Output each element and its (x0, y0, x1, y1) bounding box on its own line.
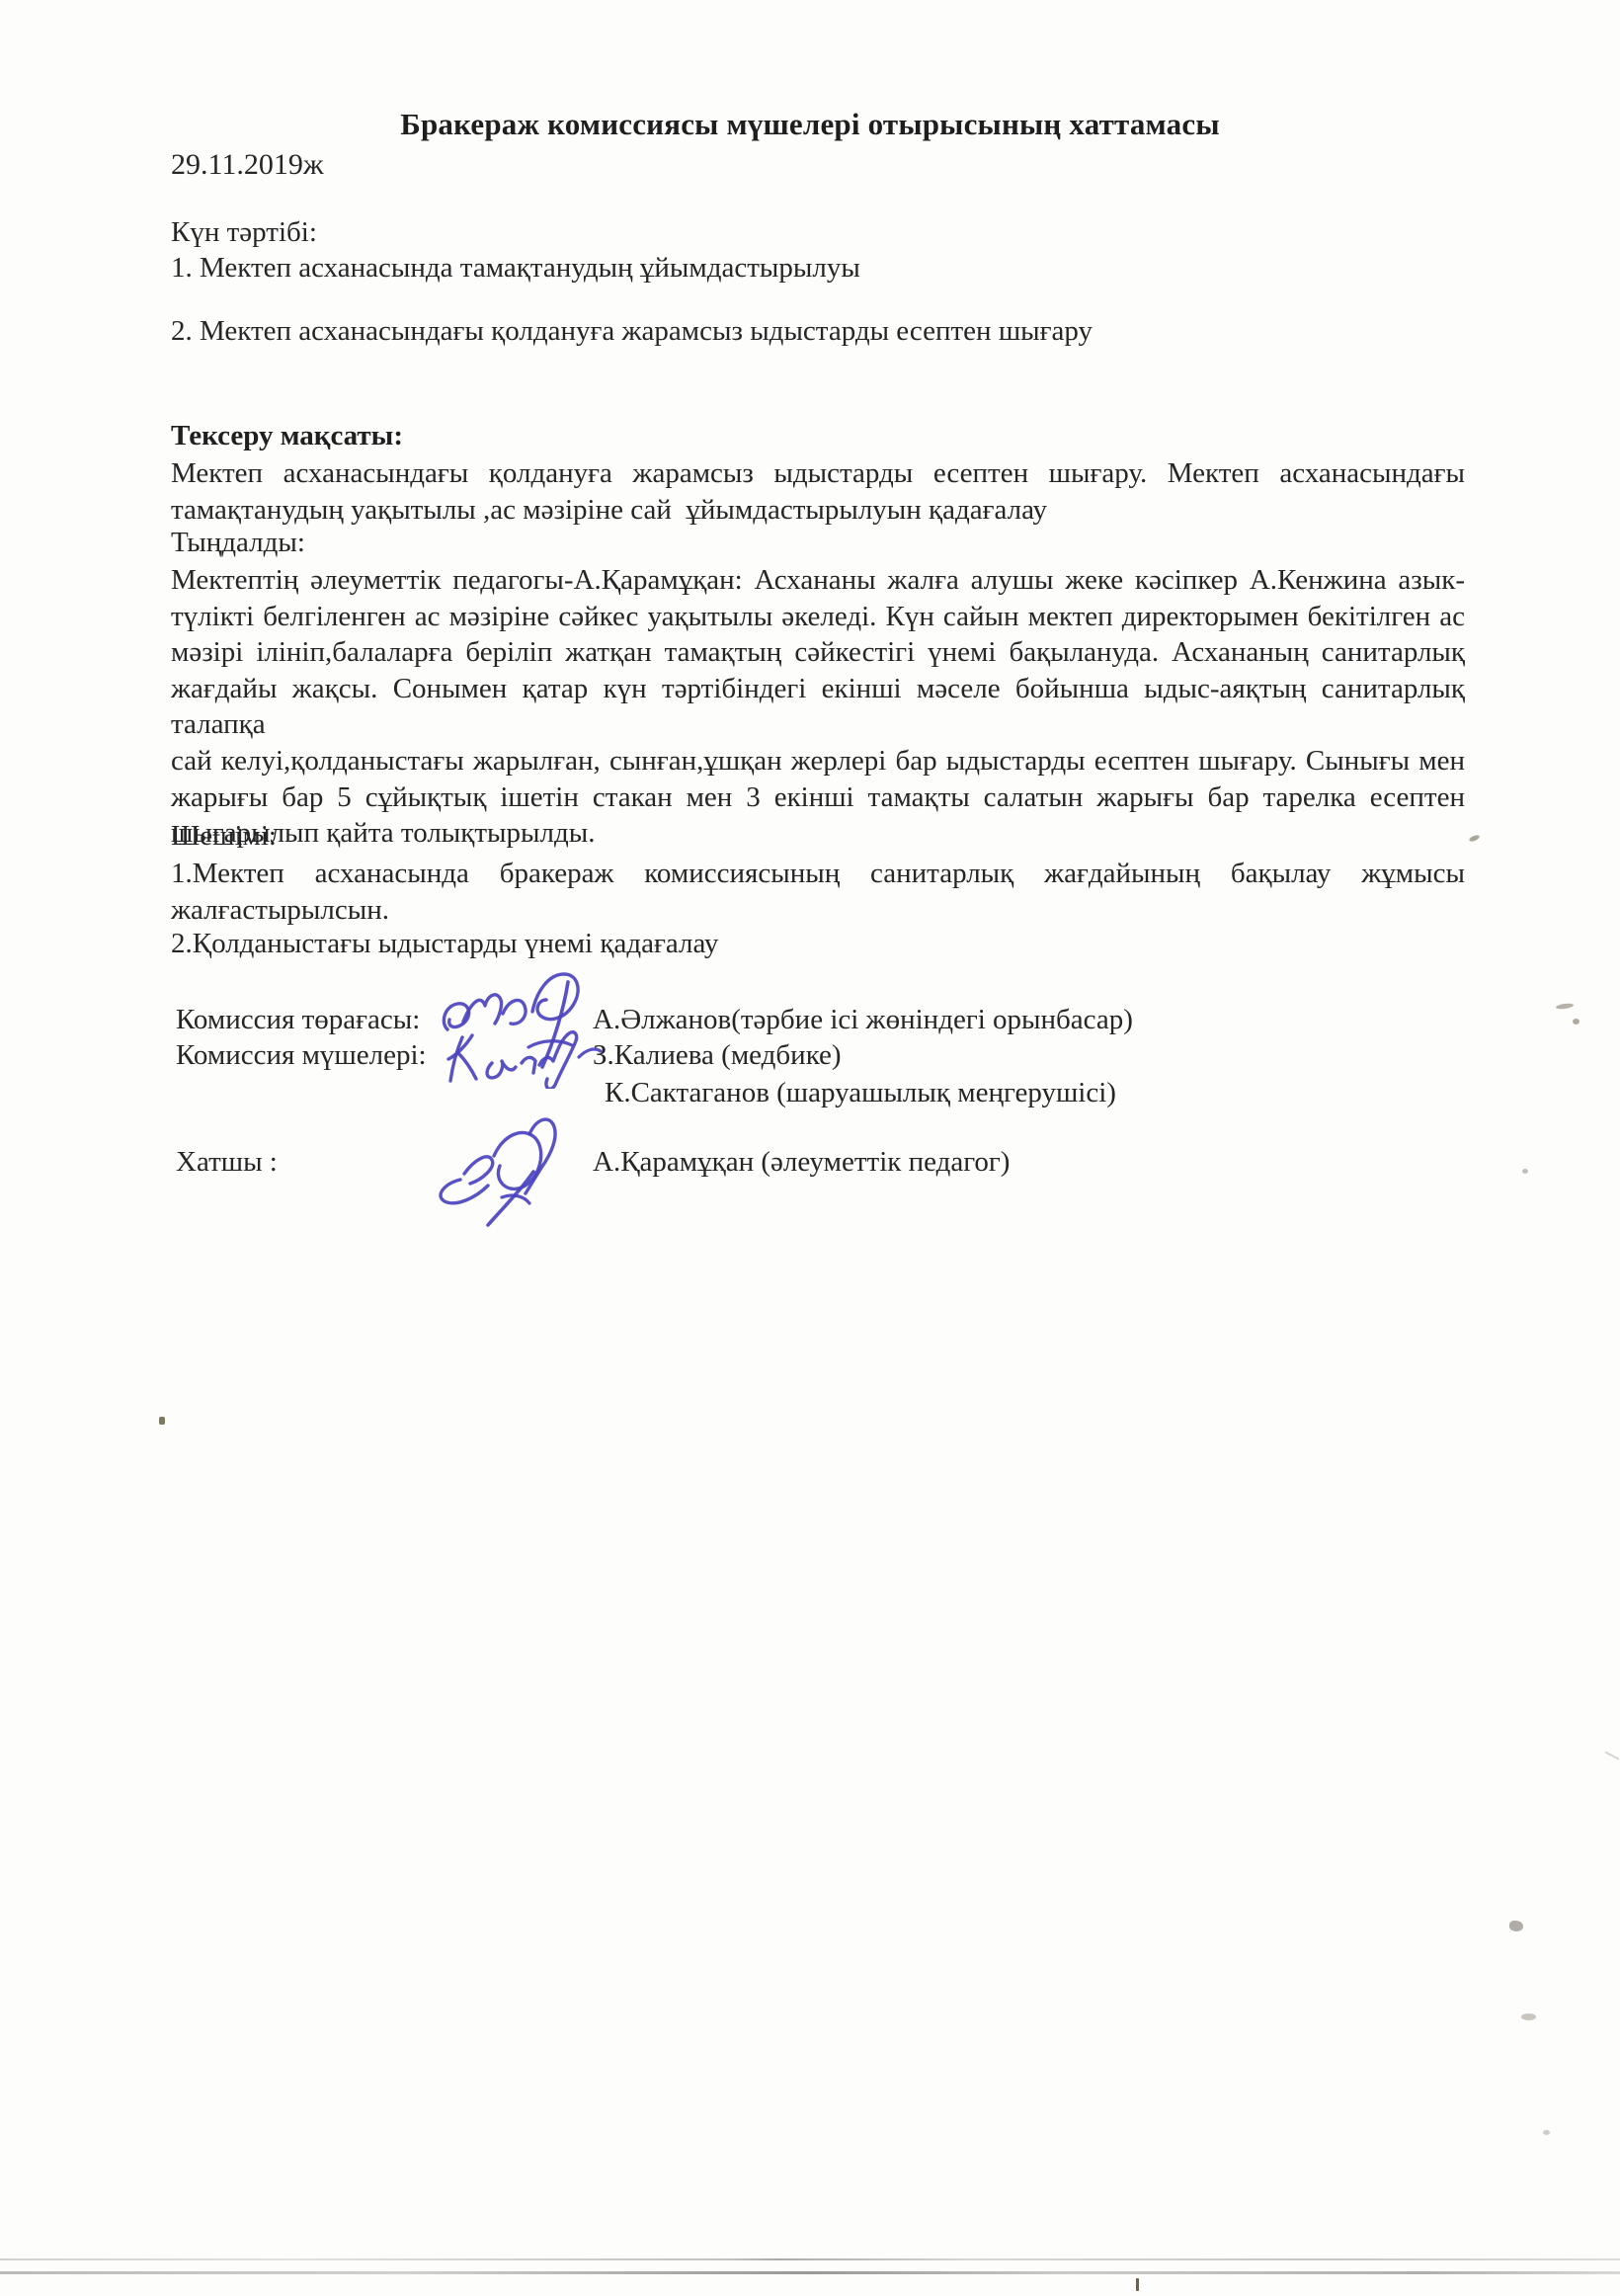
scan-speck (1509, 1921, 1523, 1931)
signature-label-secretary: Хатшы : (176, 1146, 278, 1179)
paragraph-line: 1.Мектеп асханасында бракераж комиссиясы… (171, 856, 1465, 892)
agenda-item-1: 1. Мектеп асханасында тамақтанудың ұйымд… (171, 252, 860, 285)
agenda-item-2: 2. Мектеп асханасындағы қолдануға жарамс… (171, 315, 1093, 348)
agenda-heading: Күн тәртібі: (171, 216, 317, 249)
paragraph-line: шығарылып қайта толықтырылды. (171, 815, 1465, 852)
signature-ink-secretary (431, 1110, 579, 1231)
signature-label-chairman: Комиссия төрағасы: (176, 1004, 420, 1036)
scan-speck (1543, 2130, 1550, 2135)
signature-name-member-2: К.Сактаганов (шаруашылық меңгерушісі) (605, 1077, 1116, 1109)
paper-edge-scanline (0, 2271, 1620, 2274)
paragraph-line: жарығы бар 5 сұйықтық ішетін стакан мен … (171, 779, 1465, 816)
scan-speck (1522, 1169, 1528, 1174)
scan-speck (1604, 1751, 1619, 1760)
signature-name-member-1: З.Калиева (медбике) (593, 1039, 842, 1072)
scan-speck (1573, 1019, 1579, 1025)
signature-name-chairman: А.Әлжанов(тәрбие ісі жөніндегі орынбасар… (593, 1004, 1133, 1036)
paper-edge-scanline (0, 2258, 1620, 2260)
paragraph-line: мәзірі ілініп,балаларға беріліп жатқан т… (171, 634, 1465, 671)
decision-paragraph: 1.Мектеп асханасында бракераж комиссиясы… (171, 856, 1465, 928)
paragraph-line: жалғастырылсын. (171, 892, 1465, 929)
paragraph-line: жағдайы жақсы. Сонымен қатар күн тәртібі… (171, 671, 1465, 743)
paragraph-line: Мектептің әлеуметтік педагогы-А.Қарамұқа… (171, 562, 1465, 599)
document-date: 29.11.2019ж (171, 148, 324, 182)
paragraph-line: сай келуі,қолданыстағы жарылған, сынған,… (171, 743, 1465, 779)
paragraph-line: Мектеп асханасындағы қолдануға жарамсыз … (171, 455, 1465, 492)
scan-speck (1468, 834, 1480, 843)
heard-heading: Тыңдалды: (171, 527, 305, 559)
signature-ink-member (441, 1024, 604, 1089)
scan-speck (1556, 1003, 1575, 1010)
decision-item-2: 2.Қолданыстағы ыдыстарды үнемі қадағалау (171, 928, 718, 960)
scanned-protocol-document: Бракераж комиссиясы мүшелері отырысының … (0, 0, 1620, 2296)
inspection-purpose-paragraph: Мектеп асханасындағы қолдануға жарамсыз … (171, 455, 1465, 528)
signature-name-secretary: А.Қарамұқан (әлеуметтік педагог) (593, 1146, 1010, 1179)
heard-paragraph: Мектептің әлеуметтік педагогы-А.Қарамұқа… (171, 562, 1465, 852)
paragraph-line: түлікті белгіленген ас мәзіріне сәйкес у… (171, 599, 1465, 635)
scan-speck (159, 1417, 165, 1425)
document-title: Бракераж комиссиясы мүшелері отырысының … (0, 107, 1620, 142)
inspection-purpose-heading: Тексеру мақсаты: (171, 420, 403, 452)
signature-label-members: Комиссия мүшелері: (176, 1039, 427, 1072)
scan-speck (1136, 2278, 1139, 2291)
paragraph-line: тамақтанудың уақытылы ,ас мәзіріне сай ұ… (171, 492, 1465, 529)
decision-heading: Шешімі: (171, 820, 277, 853)
scan-speck (1521, 2013, 1536, 2020)
